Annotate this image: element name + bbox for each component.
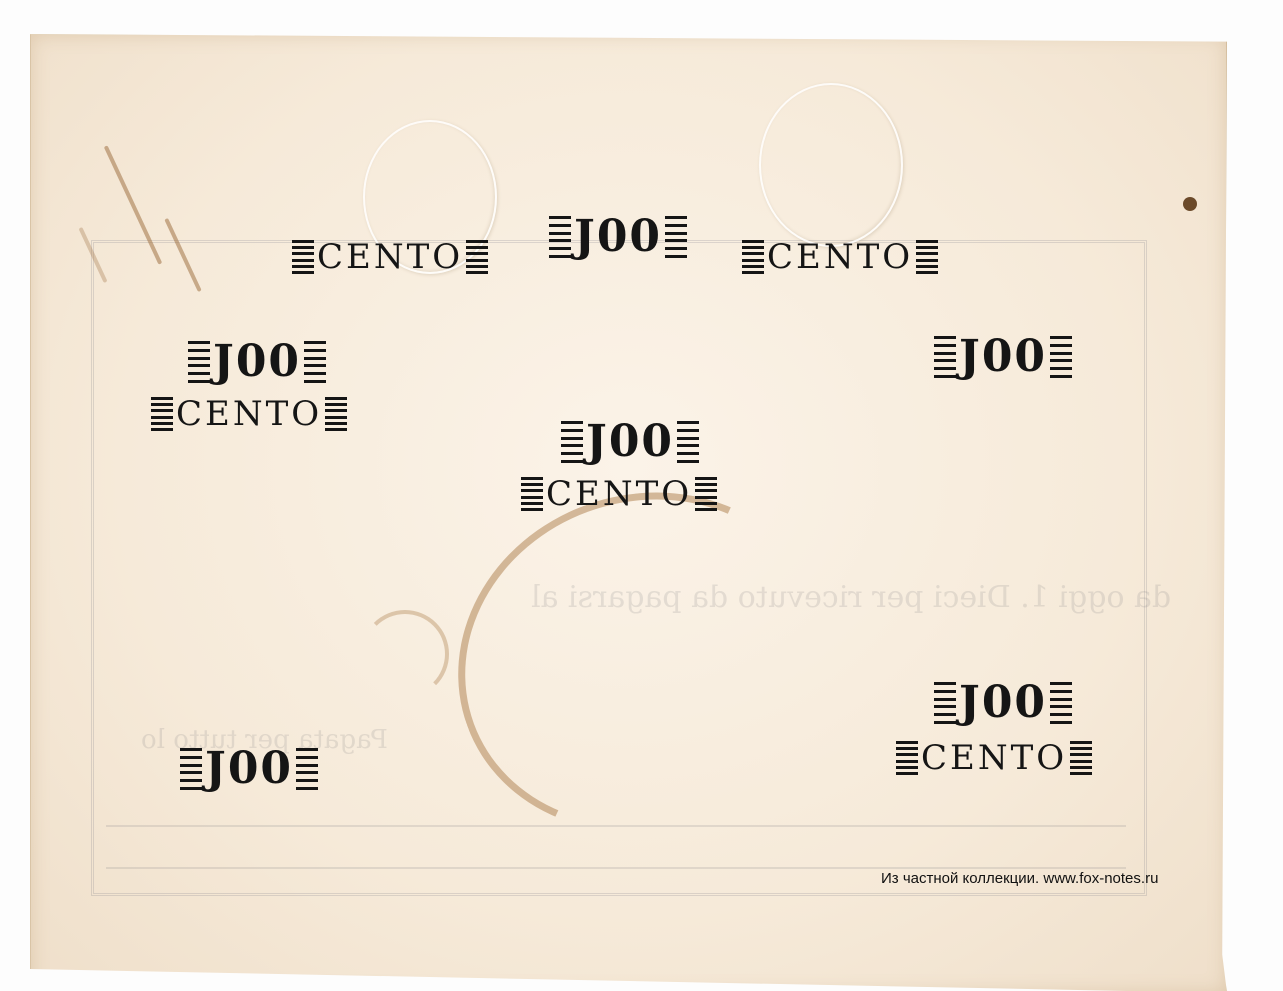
bars-decoration: [325, 397, 347, 431]
overprint-cento: CENTO: [289, 240, 491, 274]
bars-decoration: [180, 748, 202, 790]
bars-decoration: [665, 216, 687, 258]
overprint-cento: CENTO: [148, 397, 350, 431]
overprint-100: J00: [546, 215, 690, 259]
bars-decoration: [695, 477, 717, 511]
banknote-reverse: Pagata per tutto lo da oggi 1. Dieci per…: [30, 34, 1227, 991]
collection-watermark: Из частной коллекции. www.fox-notes.ru: [881, 870, 1158, 887]
overprint-cento: CENTO: [739, 240, 941, 274]
bars-decoration: [677, 421, 699, 463]
ink-flourish-small: [361, 610, 449, 698]
bars-decoration: [896, 741, 918, 775]
bars-decoration: [742, 240, 764, 274]
bars-decoration: [304, 341, 326, 383]
bars-decoration: [934, 336, 956, 378]
bars-decoration: [934, 682, 956, 724]
stain-spot: [1183, 197, 1197, 211]
bars-decoration: [521, 477, 543, 511]
bars-decoration: [188, 341, 210, 383]
overprint-100: J00: [931, 335, 1075, 379]
bars-decoration: [1070, 741, 1092, 775]
bars-decoration: [292, 240, 314, 274]
embossed-seal-right: [759, 83, 903, 247]
bars-decoration: [916, 240, 938, 274]
overprint-100: J00: [558, 420, 702, 464]
bars-decoration: [466, 240, 488, 274]
overprint-cento: CENTO: [518, 477, 720, 511]
bars-decoration: [1050, 336, 1072, 378]
overprint-100: J00: [185, 340, 329, 384]
overprint-cento: CENTO: [893, 741, 1095, 775]
overprint-100: J00: [177, 747, 321, 791]
overprint-100: J00: [931, 681, 1075, 725]
printed-bottom-band-bleed-through: [106, 825, 1126, 869]
bars-decoration: [296, 748, 318, 790]
bars-decoration: [561, 421, 583, 463]
bars-decoration: [1050, 682, 1072, 724]
bars-decoration: [549, 216, 571, 258]
bars-decoration: [151, 397, 173, 431]
